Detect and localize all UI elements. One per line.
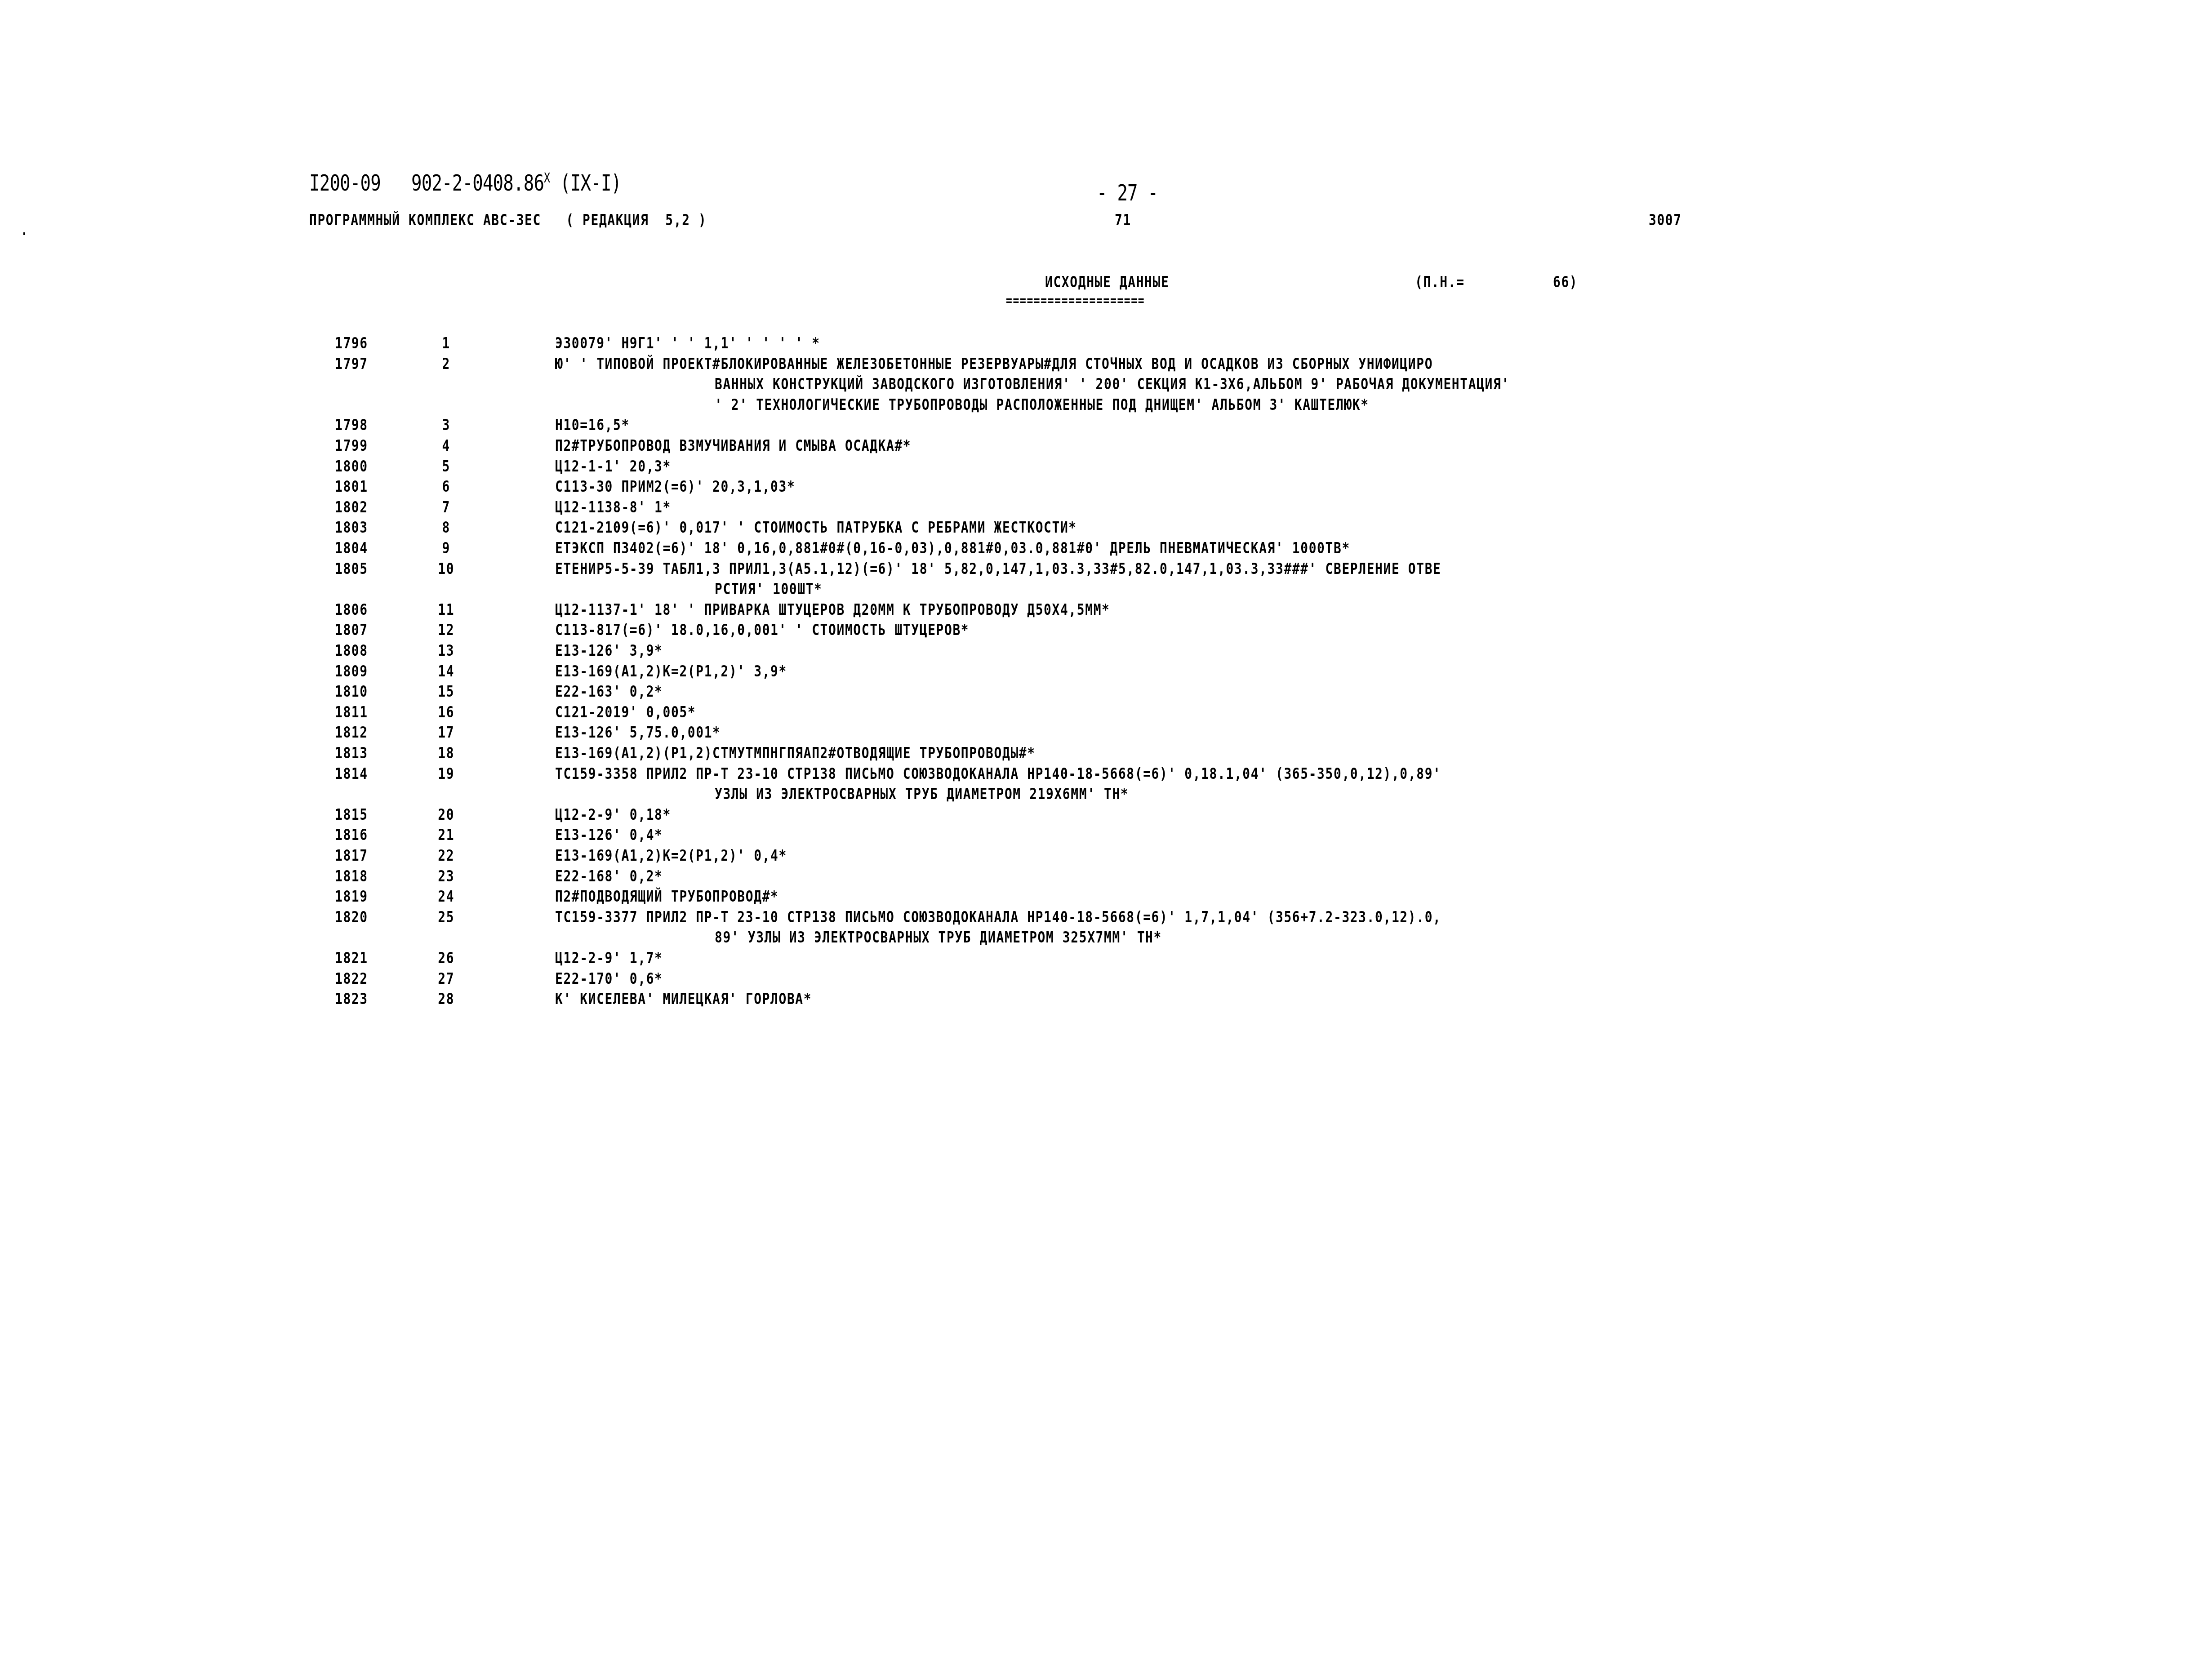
sequence-number: 10 [431,560,461,578]
record-text: Е22-168' 0,2* [555,867,663,885]
sequence-number: 11 [431,601,461,619]
scan-mark [23,232,25,235]
line-number: 1814 [335,765,368,783]
line-number: 1815 [335,806,368,824]
sequence-number: 18 [431,744,461,762]
sequence-number: 3 [431,416,461,434]
line-number: 1800 [335,458,368,476]
line-number: 1812 [335,724,368,742]
sequence-number: 7 [431,498,461,516]
sequence-number: 4 [431,437,461,455]
job-number: 3007 [1649,211,1682,229]
sequence-number: 19 [431,765,461,783]
record-text: Е13-126' 5,75.0,001* [555,724,721,742]
record-text: С113-30 ПРИМ2(=6)' 20,3,1,03* [555,478,795,496]
line-number: 1811 [335,703,368,721]
record-text: Е13-169(А1,2)К=2(Р1,2)' 0,4* [555,847,787,865]
document-code: I200-09 902-2-0408.86X (IX-I) [309,170,621,196]
record-text: П2#ТРУБОПРОВОД ВЗМУЧИВАНИЯ И СМЫВА ОСАДК… [555,437,911,455]
sequence-number: 21 [431,826,461,844]
line-number: 1816 [335,826,368,844]
record-text-continuation: ' 2' ТЕХНОЛОГИЧЕСКИЕ ТРУБОПРОВОДЫ РАСПОЛ… [715,396,1369,414]
item-ref-number: 66) [1553,273,1578,291]
sequence-number: 17 [431,724,461,742]
section-underline: ==================== [1006,293,1145,308]
line-number: 1821 [335,949,368,967]
record-text: С121-2019' 0,005* [555,703,696,721]
line-number: 1823 [335,990,368,1008]
sequence-number: 8 [431,519,461,537]
record-text: Е13-126' 3,9* [555,642,663,660]
record-text-continuation: ВАННЫХ КОНСТРУКЦИЙ ЗАВОДСКОГО ИЗГОТОВЛЕН… [715,375,1510,393]
item-ref-label: (П.Н.= [1415,273,1465,291]
sheet-number: 71 [1115,211,1131,229]
record-text: Ц12-1-1' 20,3* [555,458,671,476]
sequence-number: 9 [431,539,461,557]
sequence-number: 23 [431,867,461,885]
document-code-superscript: X [544,170,550,186]
line-number: 1797 [335,355,368,373]
document-code-suffix: (IX-I) [550,170,621,196]
record-text: Е13-169(А1,2)К=2(Р1,2)' 3,9* [555,662,787,680]
record-text: П2#ПОДВОДЯЩИЙ ТРУБОПРОВОД#* [555,888,778,906]
line-number: 1807 [335,621,368,639]
line-number: 1820 [335,908,368,926]
record-text: ТС159-3377 ПРИЛ2 ПР-Т 23-10 СТР138 ПИСЬМ… [555,908,1441,926]
sequence-number: 15 [431,683,461,701]
line-number: 1819 [335,888,368,906]
sequence-number: 14 [431,662,461,680]
line-number: 1801 [335,478,368,496]
record-text-continuation: РСТИЯ' 100ШТ* [715,580,823,598]
record-text: Е22-163' 0,2* [555,683,663,701]
record-text: ЕТЭКСП П3402(=6)' 18' 0,16,0,881#0#(0,16… [555,539,1350,557]
document-code-main: I200-09 902-2-0408.86 [309,170,544,196]
record-text: С113-817(=6)' 18.0,16,0,001' ' СТОИМОСТЬ… [555,621,969,639]
line-number: 1799 [335,437,368,455]
program-line: ПРОГРАММНЫЙ КОМПЛЕКС АВС-3ЕС ( РЕДАКЦИЯ … [309,211,707,229]
record-text: Ц12-2-9' 1,7* [555,949,663,967]
record-text: С121-2109(=6)' 0,017' ' СТОИМОСТЬ ПАТРУБ… [555,519,1077,537]
line-number: 1805 [335,560,368,578]
sequence-number: 2 [431,355,461,373]
record-text: Н10=16,5* [555,416,630,434]
sequence-number: 24 [431,888,461,906]
line-number: 1803 [335,519,368,537]
line-number: 1813 [335,744,368,762]
line-number: 1818 [335,867,368,885]
sequence-number: 20 [431,806,461,824]
line-number: 1808 [335,642,368,660]
sequence-number: 13 [431,642,461,660]
record-text: Ю' ' ТИПОВОЙ ПРОЕКТ#БЛОКИРОВАННЫЕ ЖЕЛЕЗО… [555,355,1433,373]
sequence-number: 1 [431,334,461,352]
line-number: 1806 [335,601,368,619]
line-number: 1817 [335,847,368,865]
page-number: - 27 - [1097,180,1158,206]
record-text: Э30079' Н9Г1' ' ' 1,1' ' ' ' ' * [555,334,820,352]
record-text-continuation: 89' УЗЛЫ ИЗ ЭЛЕКТРОСВАРНЫХ ТРУБ ДИАМЕТРО… [715,929,1162,947]
sequence-number: 26 [431,949,461,967]
sequence-number: 16 [431,703,461,721]
record-text: Ц12-2-9' 0,18* [555,806,671,824]
line-number: 1809 [335,662,368,680]
line-number: 1822 [335,970,368,988]
sequence-number: 28 [431,990,461,1008]
section-title: ИСХОДНЫЕ ДАННЫЕ [1045,273,1169,291]
sequence-number: 5 [431,458,461,476]
sequence-number: 6 [431,478,461,496]
record-text: Ц12-1138-8' 1* [555,498,671,516]
record-text: К' КИСЕЛЕВА' МИЛЕЦКАЯ' ГОРЛОВА* [555,990,812,1008]
record-text: ТС159-3358 ПРИЛ2 ПР-Т 23-10 СТР138 ПИСЬМ… [555,765,1441,783]
record-text: Е13-169(А1,2)(Р1,2)СТМУТМПНГПЯАП2#ОТВОДЯ… [555,744,1036,762]
line-number: 1796 [335,334,368,352]
sequence-number: 27 [431,970,461,988]
line-number: 1810 [335,683,368,701]
line-number: 1802 [335,498,368,516]
record-text-continuation: УЗЛЫ ИЗ ЭЛЕКТРОСВАРНЫХ ТРУБ ДИАМЕТРОМ 21… [715,785,1129,803]
record-text: Е22-170' 0,6* [555,970,663,988]
sequence-number: 12 [431,621,461,639]
sequence-number: 22 [431,847,461,865]
record-text: ЕТЕНИР5-5-39 ТАБЛ1,3 ПРИЛ1,3(А5.1,12)(=6… [555,560,1441,578]
line-number: 1804 [335,539,368,557]
sequence-number: 25 [431,908,461,926]
line-number: 1798 [335,416,368,434]
record-text: Ц12-1137-1' 18' ' ПРИВАРКА ШТУЦЕРОВ Д20М… [555,601,1110,619]
record-text: Е13-126' 0,4* [555,826,663,844]
